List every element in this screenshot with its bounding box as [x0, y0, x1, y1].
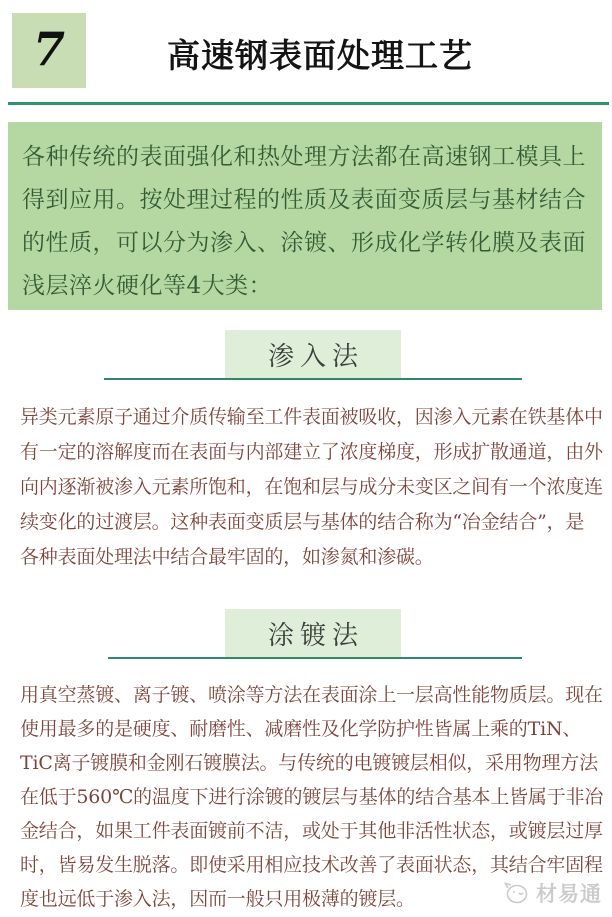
- page-title: 高速钢表面处理工艺: [28, 30, 612, 77]
- paragraph-line: 各种表面处理法中结合最牢固的，如渗氮和渗碳。: [20, 540, 598, 575]
- intro-line: 各种传统的表面强化和热处理方法都在高速钢工模具上: [22, 136, 602, 179]
- watermark-logo-icon: [504, 881, 530, 905]
- section-underline: [104, 378, 522, 380]
- paragraph-line: 用真空蒸镀、离子镀、喷涂等方法在表面涂上一层高性能物质层。现在: [20, 678, 598, 712]
- paragraph-line: 异类元素原子通过介质传输至工件表面被吸收，因渗入元素在铁基体中: [20, 400, 598, 435]
- section-header-infiltration: 渗入法: [225, 330, 401, 378]
- paragraph-line: 续变化的过渡层。这种表面变质层与基体的结合称为“冶金结合”，是: [20, 505, 598, 540]
- intro-line: 浅层淬火硬化等4大类：: [22, 265, 602, 308]
- intro-box: 各种传统的表面强化和热处理方法都在高速钢工模具上 得到应用。按处理过程的性质及表…: [8, 122, 602, 310]
- intro-line: 的性质，可以分为渗入、涂镀、形成化学转化膜及表面: [22, 222, 602, 265]
- section-paragraph-infiltration: 异类元素原子通过介质传输至工件表面被吸收，因渗入元素在铁基体中 有一定的溶解度而…: [20, 400, 598, 575]
- section-header-coating: 涂镀法: [225, 609, 401, 657]
- header-divider: [8, 102, 609, 105]
- intro-line: 得到应用。按处理过程的性质及表面变质层与基材结合: [22, 179, 602, 222]
- paragraph-line: 在低于560℃的温度下进行涂镀的镀层与基体的结合基本上皆属于非冶: [20, 780, 598, 814]
- watermark: 材易通: [504, 878, 602, 908]
- paragraph-line: 金结合，如果工件表面镀前不洁，或处于其他非活性状态，或镀层过厚: [20, 814, 598, 848]
- section-underline: [108, 657, 522, 659]
- document-page: 7 高速钢表面处理工艺 各种传统的表面强化和热处理方法都在高速钢工模具上 得到应…: [0, 0, 612, 917]
- paragraph-line: 向内逐渐被渗入元素所饱和，在饱和层与成分未变区之间有一个浓度连: [20, 470, 598, 505]
- paragraph-line: 时，皆易发生脱落。即使采用相应技术改善了表面状态，其结合牢固程: [20, 848, 598, 882]
- paragraph-line: 使用最多的是硬度、耐磨性、减磨性及化学防护性皆属上乘的TiN、: [20, 712, 598, 746]
- watermark-label: 材易通: [536, 878, 602, 908]
- paragraph-line: 有一定的溶解度而在表面与内部建立了浓度梯度，形成扩散通道，由外: [20, 435, 598, 470]
- paragraph-line: TiC离子镀膜和金刚石镀膜法。与传统的电镀镀层相似，采用物理方法: [20, 746, 598, 780]
